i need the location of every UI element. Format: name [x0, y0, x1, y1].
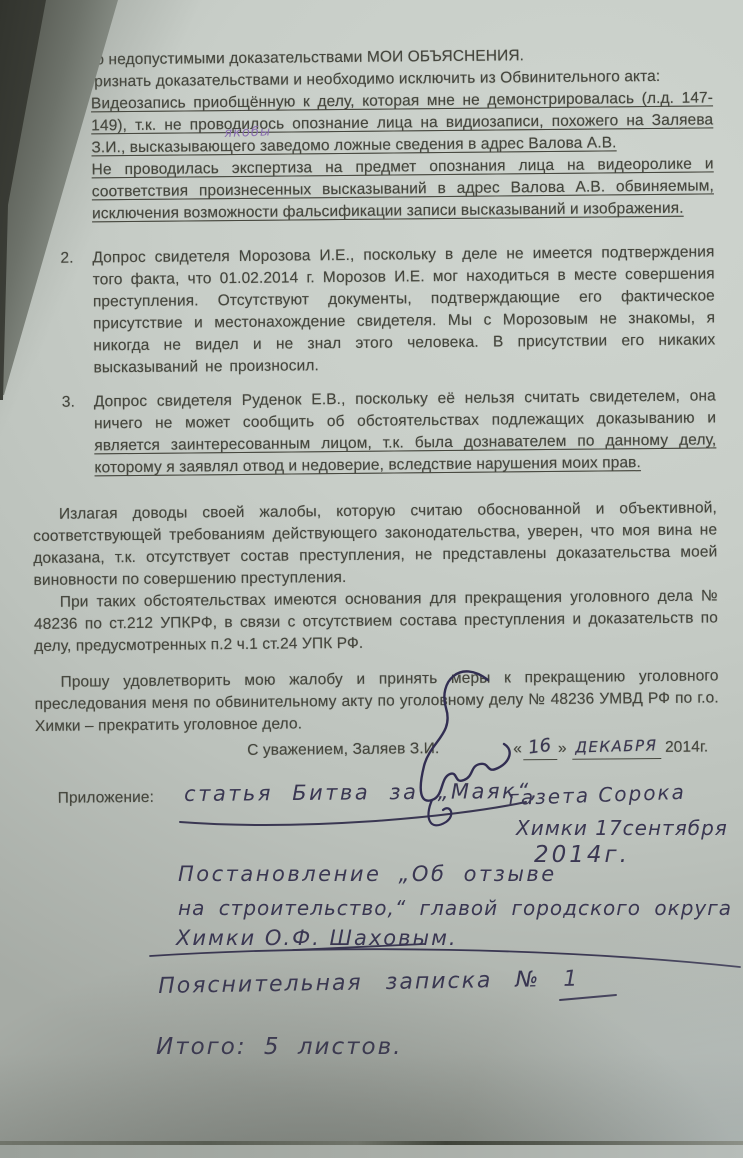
date-day-blank: 16	[523, 737, 557, 760]
paragraph-arguments: Излагая доводы своей жалобы, которую счи…	[33, 497, 718, 592]
close-quote: »	[558, 738, 567, 760]
handwritten-attachment1-title: статья Битва за „Маяк“,	[184, 779, 540, 806]
date-month-blank: декабря	[573, 736, 662, 760]
handwritten-attachment2-line2: на строительство,“ главой городского окр…	[178, 896, 732, 920]
intro-paragraph: Считаю недопустимыми доказательствами МО…	[28, 43, 712, 94]
paper-bottom-edge	[0, 1141, 743, 1145]
list-item-3-number: 3.	[32, 391, 95, 480]
list-item-3-text: Допрос свидетеля Руденок Е.В., поскольку…	[94, 385, 717, 479]
handwritten-attachment2-line1: Постановление „Об отзыве	[178, 862, 557, 886]
paragraph-request: Прошу удовлетворить мою жалобу и принять…	[34, 665, 719, 738]
list-item-2-text: Допрос свидетеля Морозова И.Е., поскольк…	[92, 241, 715, 379]
request-paragraph: Прошу удовлетворить мою жалобу и принять…	[34, 665, 719, 738]
closing-line: С уважением, Заляев З.И. «16»декабря2014…	[35, 735, 719, 772]
list-item-3: 3. Допрос свидетеля Руденок Е.В., поскол…	[32, 385, 717, 480]
list-item-3-underlined: является заинтересованным лицом, т.к. бы…	[94, 431, 716, 476]
paragraph-grounds: При таких обстоятельствах имеются основа…	[34, 585, 719, 658]
signature-name: С уважением, Заляев З.И.	[247, 738, 439, 762]
handwritten-month: декабря	[575, 738, 658, 755]
list-item-3-plain: Допрос свидетеля Руденок Е.В., поскольку…	[94, 387, 716, 432]
handwritten-attachment2-line3: Химки О.Ф. Шаховым.	[176, 926, 458, 950]
date-year: 2014г.	[665, 737, 708, 759]
list-item-1-part2: Не проводилась экспертиза на предмет опо…	[92, 155, 714, 222]
list-item-1-text: Видеозапись приобщённую к делу, которая …	[91, 87, 714, 225]
handwritten-total-sheets: Итого: 5 листов.	[156, 1034, 402, 1060]
list-item-1-part1: Видеозапись приобщённую к делу, которая …	[91, 89, 713, 156]
handwritten-attachment1-citydate: Химки 17сентября	[516, 816, 728, 840]
handwritten-day: 16	[527, 738, 552, 757]
list-item-2: 2. Допрос свидетеля Морозова И.Е., поско…	[30, 241, 715, 380]
open-quote: «	[513, 738, 522, 760]
argument-paragraphs: Излагая доводы своей жалобы, которую счи…	[33, 497, 718, 658]
list-item-1: 1. Видеозапись приобщённую к делу, котор…	[29, 87, 714, 226]
document-photo: Считаю недопустимыми доказательствами МО…	[0, 0, 743, 1158]
date-line: «16»декабря2014г.	[513, 736, 708, 761]
handwritten-insertion-yakoby: якобы	[224, 124, 271, 141]
surface-below-paper	[0, 1144, 743, 1158]
